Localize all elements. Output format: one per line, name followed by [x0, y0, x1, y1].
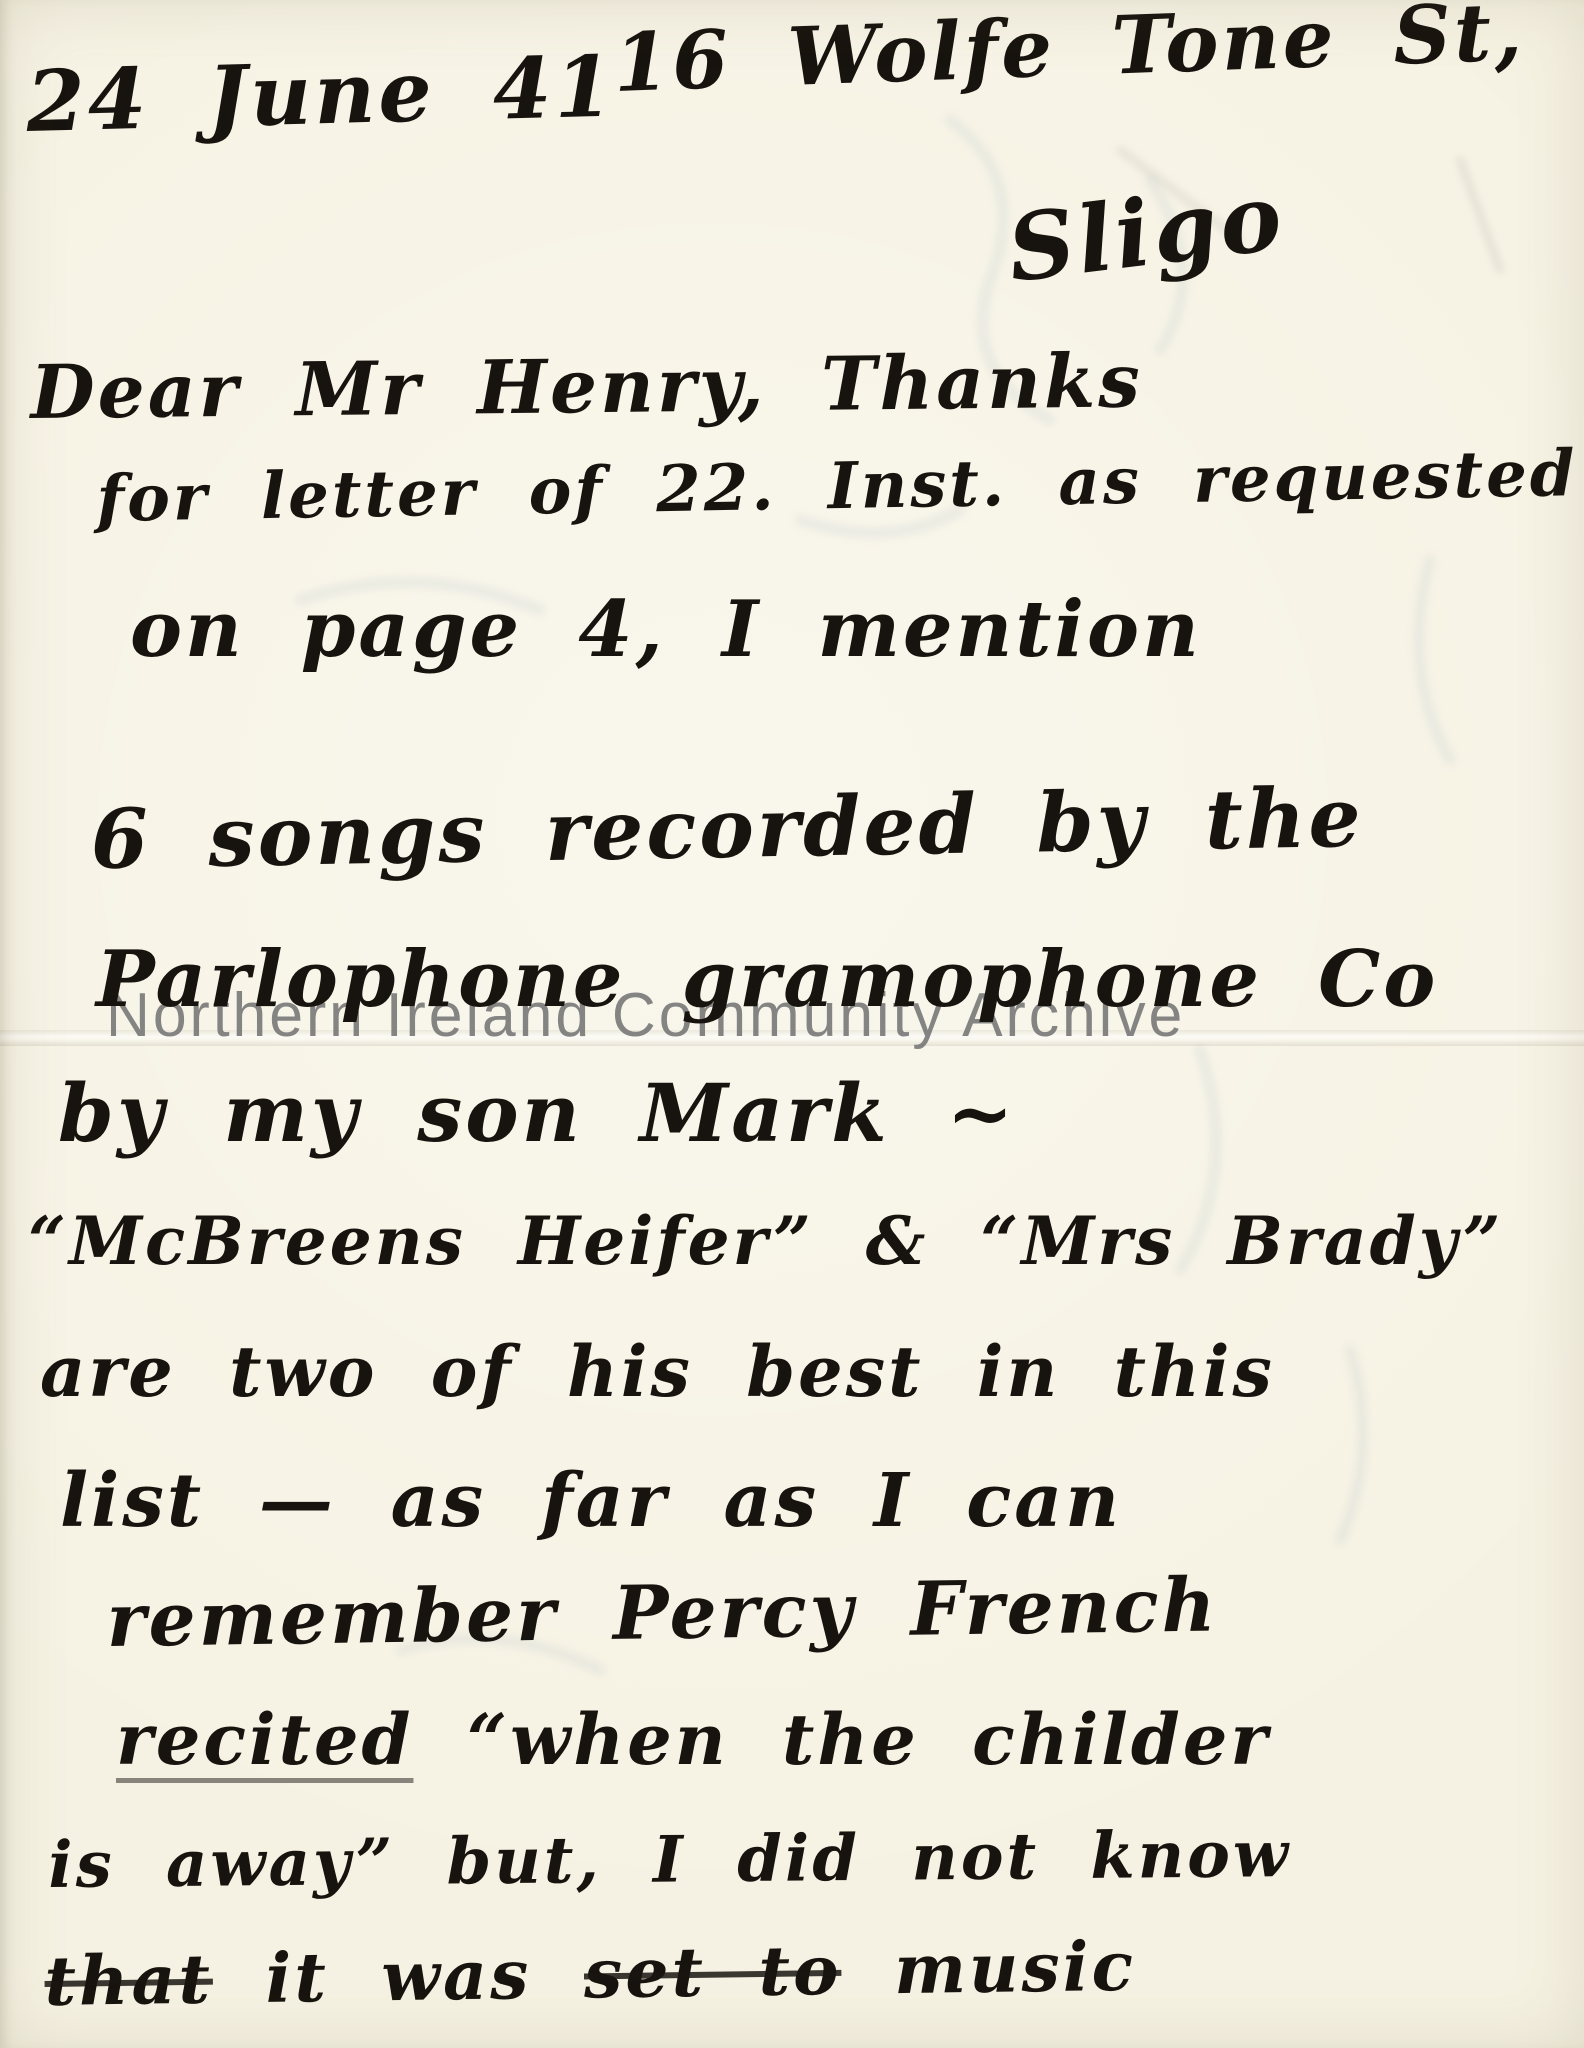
- text-segment: list — as far as I can: [60, 1458, 1122, 1544]
- letter-line-l9: list — as far as I can: [60, 1458, 1122, 1544]
- letter-line-l3: on page 4, I mention: [130, 584, 1202, 675]
- underlined-text: recited: [116, 1698, 413, 1781]
- text-segment: for letter of 22. Inst. as requested: [96, 436, 1578, 537]
- text-segment: it was: [212, 1934, 584, 2019]
- text-segment: is away” but, I did not know: [48, 1817, 1291, 1903]
- text-segment: “when the childer: [413, 1698, 1270, 1781]
- text-segment: by my son Mark ~: [58, 1066, 1017, 1160]
- text-segment: music: [841, 1927, 1137, 2011]
- handwriting-layer: 24 June 4116 Wolfe Tone St,SligoDear Mr …: [0, 0, 1584, 2048]
- text-segment: are two of his best in this: [40, 1330, 1275, 1413]
- letter-line-l6: by my son Mark ~: [58, 1066, 1017, 1160]
- struck-text: set to: [583, 1931, 841, 2015]
- text-segment: remember Percy French: [106, 1562, 1219, 1664]
- scanned-letter-page: Northern Ireland Community Archive 24 Ju…: [0, 0, 1584, 2048]
- text-segment: 6 songs recorded by the: [90, 770, 1364, 888]
- letter-line-l4: 6 songs recorded by the: [90, 770, 1364, 888]
- text-segment: Parlophone gramophone Co: [96, 934, 1438, 1025]
- text-segment: 16 Wolfe Tone St,: [612, 0, 1526, 110]
- text-segment: Sligo: [1002, 162, 1290, 303]
- letter-line-l12: is away” but, I did not know: [48, 1817, 1291, 1903]
- letter-line-l1: Dear Mr Henry, Thanks: [30, 338, 1143, 436]
- letter-line-date: 24 June 41: [25, 37, 617, 151]
- letter-line-l11: recited “when the childer: [116, 1698, 1270, 1781]
- struck-text: that: [44, 1940, 213, 2022]
- letter-line-l8: are two of his best in this: [40, 1330, 1275, 1413]
- text-segment: 24 June 41: [25, 37, 617, 151]
- letter-line-l10: remember Percy French: [106, 1562, 1219, 1664]
- text-segment: on page 4, I mention: [130, 584, 1202, 675]
- letter-line-l7: “McBreens Heifer” & “Mrs Brady”: [28, 1202, 1504, 1280]
- letter-line-l5: Parlophone gramophone Co: [96, 934, 1438, 1025]
- letter-line-l2: for letter of 22. Inst. as requested: [96, 436, 1578, 537]
- letter-line-l13: that it was set to music: [44, 1927, 1136, 2022]
- text-segment: “McBreens Heifer” & “Mrs Brady”: [28, 1202, 1504, 1280]
- letter-line-addr1: 16 Wolfe Tone St,: [612, 0, 1526, 110]
- text-segment: Dear Mr Henry, Thanks: [30, 338, 1143, 436]
- letter-line-addr2: Sligo: [1002, 162, 1290, 303]
